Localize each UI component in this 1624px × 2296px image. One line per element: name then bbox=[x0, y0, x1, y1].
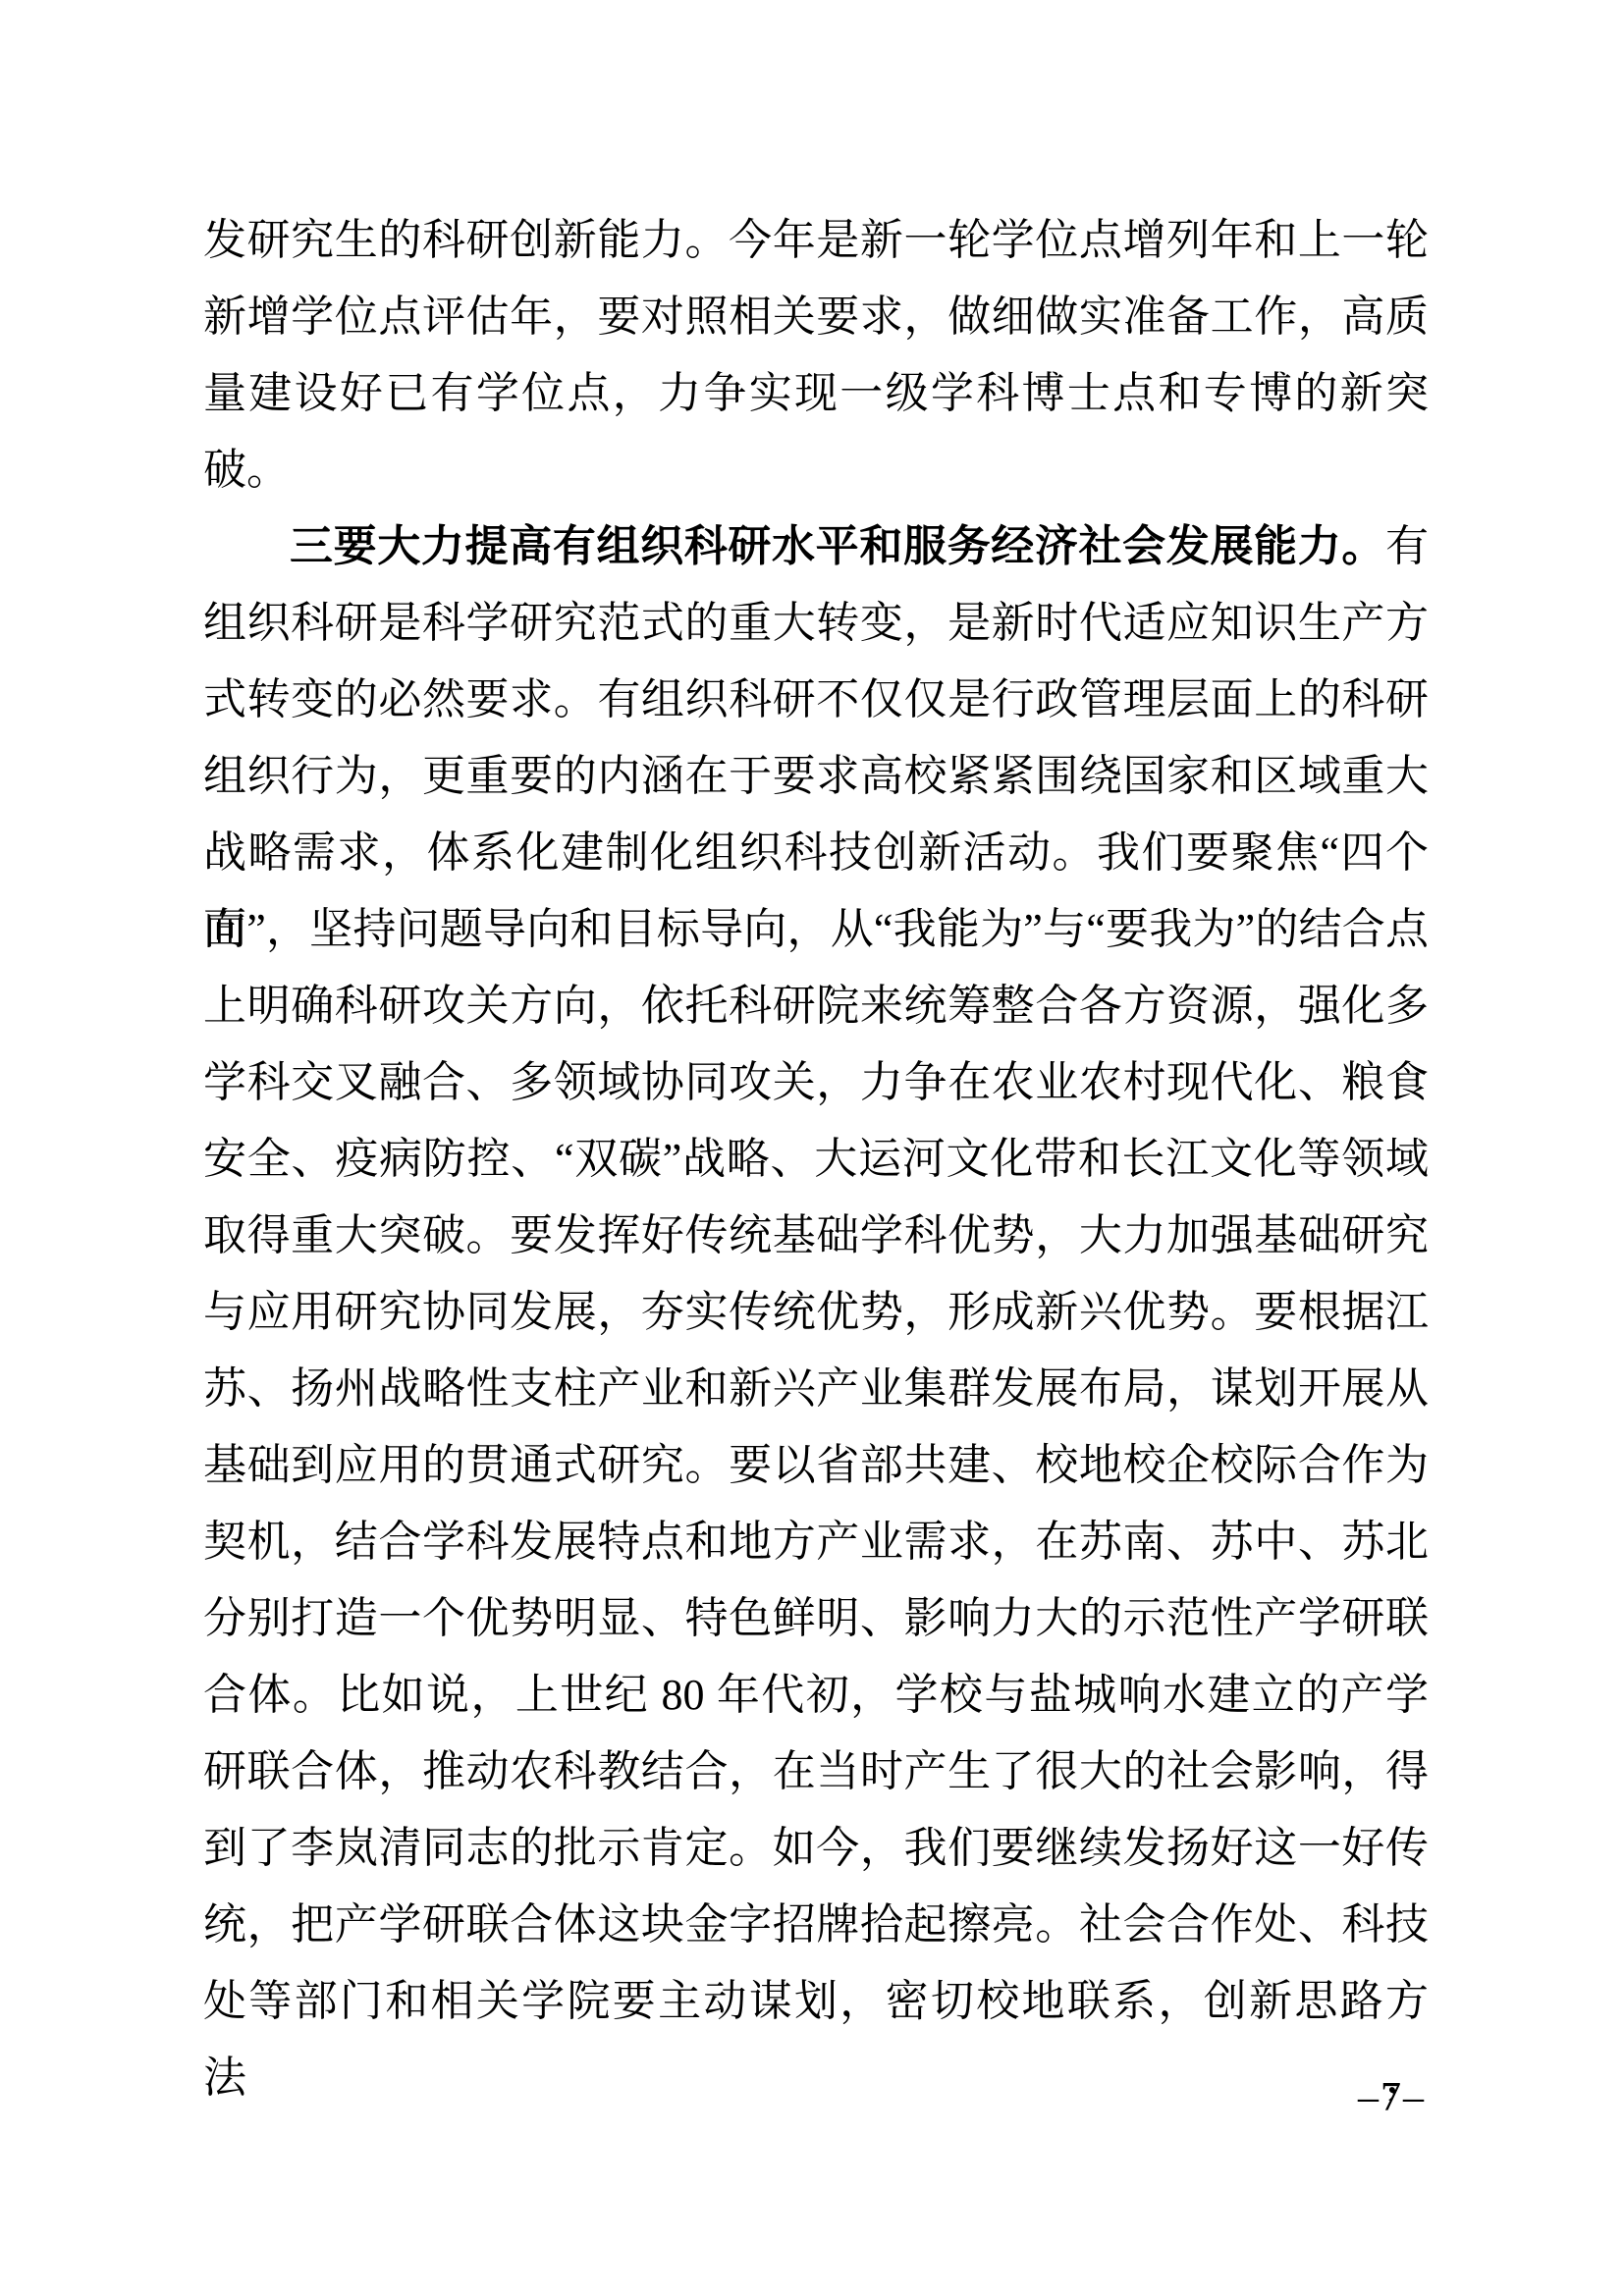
body-text-line: 研联合体，推动农科教结合，在当时产生了很大的社会影响，得 bbox=[203, 1734, 1429, 1810]
body-text-line: 到了李岚清同志的批示肯定。如今，我们要继续发扬好这一好传 bbox=[203, 1810, 1429, 1887]
body-text-line: 统，把产学研联合体这块金字招牌拾起擦亮。社会合作处、科技 bbox=[203, 1887, 1429, 1963]
section-heading-bold-text: 三要大力提高有组织科研水平和服务经济社会发展能力。 bbox=[290, 522, 1385, 570]
section-heading-tail-text: 有 bbox=[1385, 522, 1429, 570]
body-text-line: 发研究生的科研创新能力。今年是新一轮学位点增列年和上一轮 bbox=[203, 202, 1429, 279]
body-text-line: 安全、疫病防控、“双碳”战略、大运河文化带和长江文化等领域 bbox=[203, 1121, 1429, 1198]
body-text-line: 破。 bbox=[203, 432, 1429, 508]
body-text-line: 基础到应用的贯通式研究。要以省部共建、校地校企校际合作为 bbox=[203, 1427, 1429, 1504]
body-text-line: 向”，坚持问题导向和目标导向，从“我能为”与“要我为”的结合点 bbox=[203, 891, 1429, 968]
body-text-line: 式转变的必然要求。有组织科研不仅仅是行政管理层面上的科研 bbox=[203, 662, 1429, 738]
body-text-line: 契机，结合学科发展特点和地方产业需求，在苏南、苏中、苏北 bbox=[203, 1504, 1429, 1580]
body-text-line: 组织科研是科学研究范式的重大转变，是新时代适应知识生产方 bbox=[203, 585, 1429, 662]
body-text-line: 合体。比如说，上世纪 80 年代初，学校与盐城响水建立的产学 bbox=[203, 1657, 1429, 1734]
body-text-line: 量建设好已有学位点，力争实现一级学科博士点和专博的新突 bbox=[203, 355, 1429, 432]
body-text-line: 取得重大突破。要发挥好传统基础学科优势，大力加强基础研究 bbox=[203, 1198, 1429, 1274]
body-text-line: 处等部门和相关学院要主动谋划，密切校地联系，创新思路方法， bbox=[203, 1963, 1429, 2040]
body-text-line: 上明确科研攻关方向，依托科研院来统筹整合各方资源，强化多 bbox=[203, 968, 1429, 1044]
body-text-line: 分别打造一个优势明显、特色鲜明、影响力大的示范性产学研联 bbox=[203, 1580, 1429, 1657]
body-text-line: 战略需求，体系化建制化组织科技创新活动。我们要聚焦“四个面 bbox=[203, 815, 1429, 891]
document-body: 发研究生的科研创新能力。今年是新一轮学位点增列年和上一轮 新增学位点评估年，要对… bbox=[203, 202, 1429, 2040]
body-text-line: 与应用研究协同发展，夯实传统优势，形成新兴优势。要根据江 bbox=[203, 1274, 1429, 1351]
body-text-line: 学科交叉融合、多领域协同攻关，力争在农业农村现代化、粮食 bbox=[203, 1044, 1429, 1121]
body-text-line: 苏、扬州战略性支柱产业和新兴产业集群发展布局，谋划开展从 bbox=[203, 1351, 1429, 1427]
section-heading-line: 三要大力提高有组织科研水平和服务经济社会发展能力。有 bbox=[203, 508, 1429, 585]
body-text-line: 组织行为，更重要的内涵在于要求高校紧紧围绕国家和区域重大 bbox=[203, 738, 1429, 815]
document-page: 发研究生的科研创新能力。今年是新一轮学位点增列年和上一轮 新增学位点评估年，要对… bbox=[0, 0, 1624, 2296]
page-number: –7– bbox=[1358, 2073, 1426, 2122]
body-text-line: 新增学位点评估年，要对照相关要求，做细做实准备工作，高质 bbox=[203, 279, 1429, 355]
